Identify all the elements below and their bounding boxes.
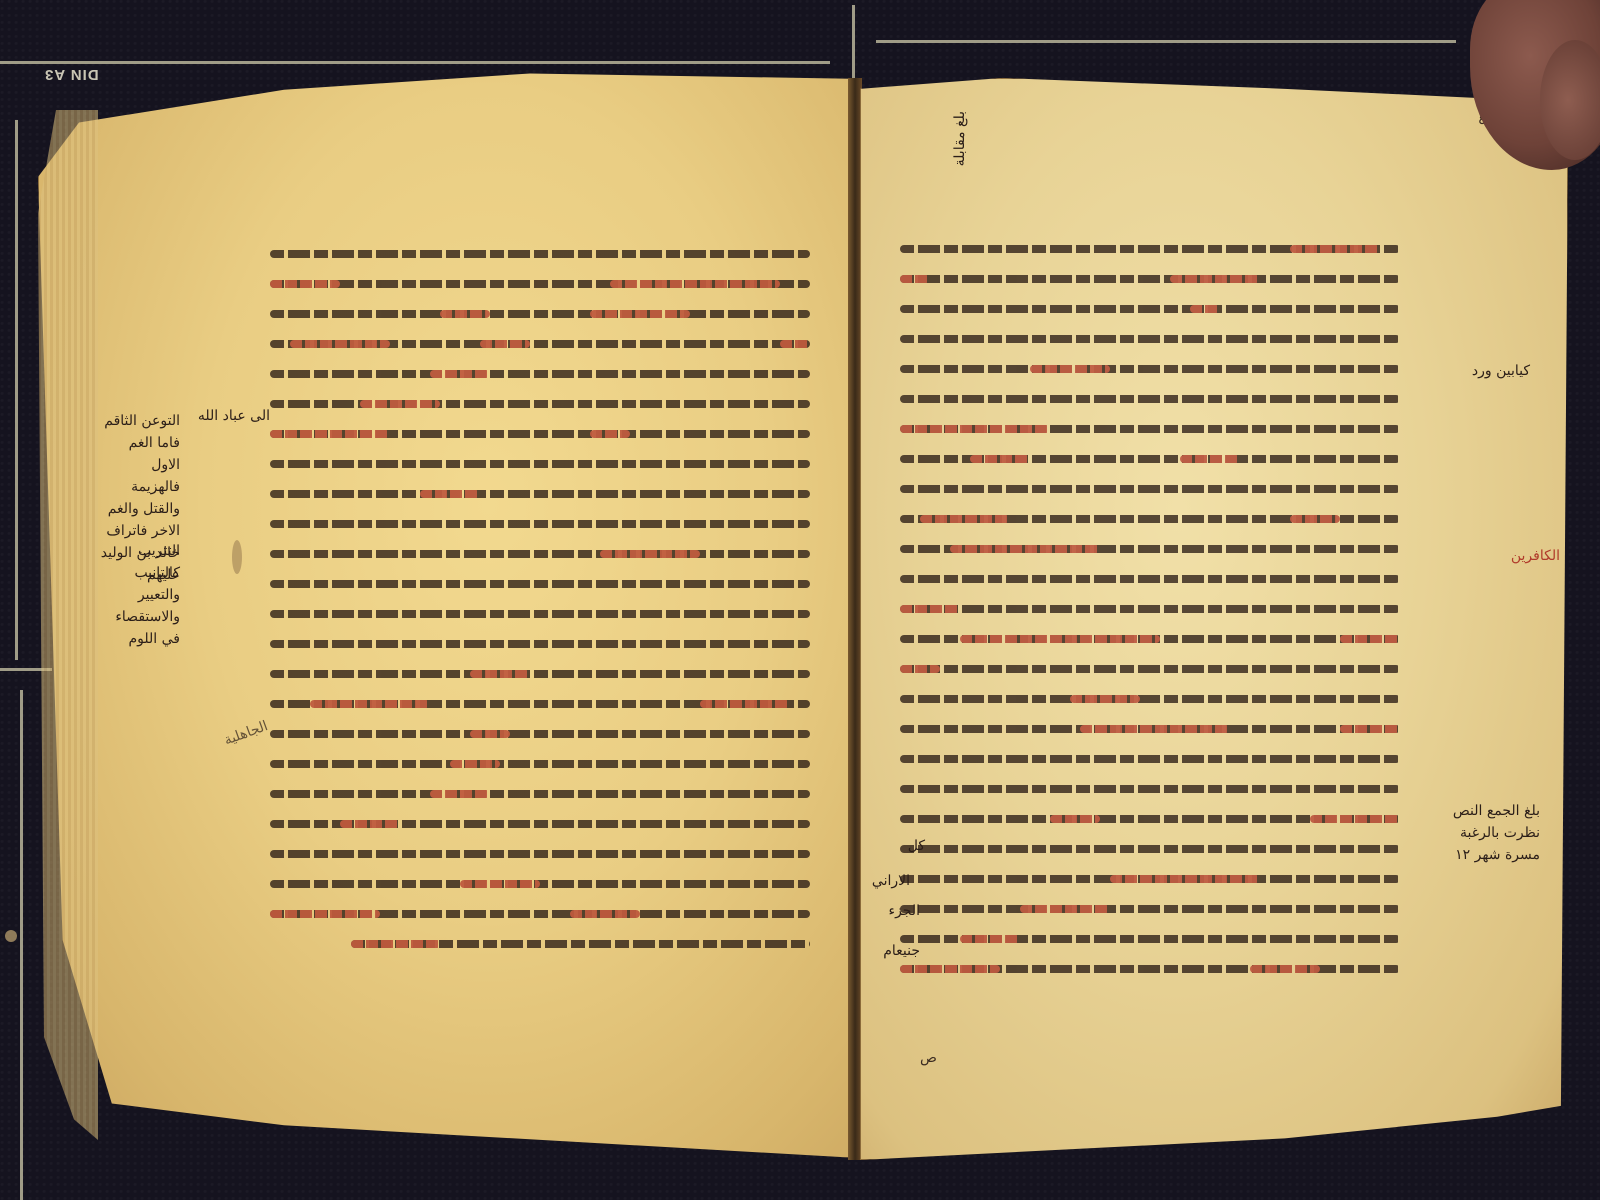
text-line bbox=[900, 305, 1400, 313]
text-line bbox=[900, 245, 1400, 253]
red-rubric bbox=[900, 965, 1000, 973]
margin-note-left: التثريب كالتانيب والتعيير والاستقصاء في … bbox=[100, 540, 180, 650]
red-rubric bbox=[1290, 515, 1340, 523]
red-rubric bbox=[780, 340, 810, 348]
red-rubric bbox=[970, 455, 1030, 463]
text-line bbox=[270, 850, 810, 858]
din-a3-label: DIN A3 bbox=[44, 66, 99, 83]
margin-note-right: الجزء bbox=[890, 900, 920, 922]
red-rubric bbox=[590, 310, 690, 318]
text-line bbox=[900, 755, 1400, 763]
red-rubric bbox=[590, 430, 630, 438]
text-line bbox=[900, 425, 1400, 433]
red-rubric bbox=[1310, 815, 1400, 823]
text-line bbox=[900, 635, 1400, 643]
red-rubric bbox=[1170, 275, 1260, 283]
page-stack-edge bbox=[38, 110, 98, 1140]
red-rubric bbox=[610, 280, 780, 288]
guide-line-top-right bbox=[876, 40, 1456, 43]
red-rubric bbox=[1290, 245, 1380, 253]
red-rubric bbox=[1070, 695, 1140, 703]
bottom-page-mark: ص bbox=[920, 1050, 937, 1066]
red-rubric bbox=[1110, 875, 1260, 883]
red-rubric bbox=[430, 370, 490, 378]
red-rubric bbox=[900, 605, 960, 613]
red-rubric bbox=[1080, 725, 1230, 733]
red-rubric bbox=[420, 490, 480, 498]
margin-note-right: كل bbox=[895, 835, 925, 857]
red-rubric bbox=[340, 820, 400, 828]
margin-note-right: الكافرين bbox=[1490, 545, 1560, 567]
text-line bbox=[900, 695, 1400, 703]
text-line bbox=[270, 700, 810, 708]
red-rubric bbox=[1180, 455, 1240, 463]
red-rubric bbox=[1190, 305, 1220, 313]
text-line bbox=[270, 310, 810, 318]
text-line bbox=[900, 815, 1400, 823]
guide-line-left-vertical-lower bbox=[20, 690, 23, 1200]
red-rubric bbox=[1050, 815, 1100, 823]
red-rubric bbox=[960, 935, 1020, 943]
text-line bbox=[900, 725, 1400, 733]
red-rubric bbox=[270, 430, 390, 438]
red-rubric bbox=[470, 730, 510, 738]
red-rubric bbox=[480, 340, 530, 348]
text-line bbox=[900, 665, 1400, 673]
text-line bbox=[270, 520, 810, 528]
margin-note-left: الى عباد الله bbox=[190, 405, 270, 427]
red-rubric bbox=[430, 790, 490, 798]
red-rubric bbox=[270, 280, 340, 288]
red-rubric bbox=[600, 550, 700, 558]
text-line bbox=[900, 365, 1400, 373]
margin-note-right-vertical: بلغ مقابلة bbox=[949, 111, 971, 311]
paper-stain bbox=[5, 930, 17, 942]
red-rubric bbox=[900, 425, 1050, 433]
red-rubric bbox=[900, 275, 930, 283]
book-gutter bbox=[848, 78, 862, 1160]
text-line bbox=[900, 455, 1400, 463]
red-rubric bbox=[920, 515, 1010, 523]
text-line bbox=[900, 845, 1400, 853]
text-line bbox=[270, 910, 810, 918]
text-line bbox=[900, 275, 1400, 283]
red-rubric bbox=[310, 700, 430, 708]
text-line bbox=[270, 250, 810, 258]
text-line bbox=[270, 880, 810, 888]
text-line bbox=[270, 610, 810, 618]
red-rubric bbox=[351, 940, 441, 948]
red-rubric bbox=[1250, 965, 1320, 973]
margin-note-right: جنيعام bbox=[880, 940, 920, 962]
text-line bbox=[900, 905, 1400, 913]
margin-note-right: الاراني bbox=[880, 870, 910, 892]
red-rubric bbox=[1020, 905, 1110, 913]
text-line bbox=[270, 550, 810, 558]
red-rubric bbox=[450, 760, 500, 768]
red-rubric bbox=[1340, 635, 1400, 643]
text-line bbox=[900, 515, 1400, 523]
text-line bbox=[270, 280, 810, 288]
red-rubric bbox=[270, 910, 380, 918]
text-line bbox=[270, 820, 810, 828]
text-line bbox=[900, 605, 1400, 613]
red-rubric bbox=[1340, 725, 1400, 733]
text-line bbox=[900, 485, 1400, 493]
red-rubric bbox=[470, 670, 530, 678]
text-line bbox=[270, 460, 810, 468]
text-line bbox=[270, 760, 810, 768]
red-rubric bbox=[950, 545, 1100, 553]
red-rubric bbox=[440, 310, 490, 318]
red-rubric bbox=[960, 635, 1160, 643]
text-line bbox=[270, 340, 810, 348]
red-rubric bbox=[460, 880, 540, 888]
red-rubric bbox=[570, 910, 640, 918]
margin-note-right: بلغ الجمع النص نظرت بالرغبة مسرة شهر ١٢ bbox=[1450, 800, 1540, 866]
text-line bbox=[270, 790, 810, 798]
text-line bbox=[270, 430, 810, 438]
red-rubric bbox=[1030, 365, 1110, 373]
red-rubric bbox=[290, 340, 390, 348]
paper-stain bbox=[232, 540, 242, 574]
text-line bbox=[351, 940, 810, 948]
text-line bbox=[900, 335, 1400, 343]
text-line bbox=[900, 395, 1400, 403]
text-line bbox=[270, 730, 810, 738]
text-line bbox=[900, 935, 1400, 943]
red-rubric bbox=[700, 700, 790, 708]
text-line bbox=[900, 875, 1400, 883]
margin-note-right: كيابين ورد bbox=[1450, 360, 1530, 382]
text-line bbox=[900, 575, 1400, 583]
guide-line-left-vertical-upper bbox=[15, 120, 18, 660]
text-line bbox=[270, 670, 810, 678]
right-page-text-block bbox=[900, 245, 1400, 995]
guide-line-top-left bbox=[0, 61, 830, 64]
text-line bbox=[270, 640, 810, 648]
red-rubric bbox=[360, 400, 440, 408]
text-line bbox=[270, 490, 810, 498]
red-rubric bbox=[900, 665, 940, 673]
text-line bbox=[270, 580, 810, 588]
text-line bbox=[270, 370, 810, 378]
text-line bbox=[270, 400, 810, 408]
left-page-text-block bbox=[270, 250, 810, 970]
text-line bbox=[900, 545, 1400, 553]
text-line bbox=[900, 785, 1400, 793]
text-line bbox=[900, 965, 1400, 973]
